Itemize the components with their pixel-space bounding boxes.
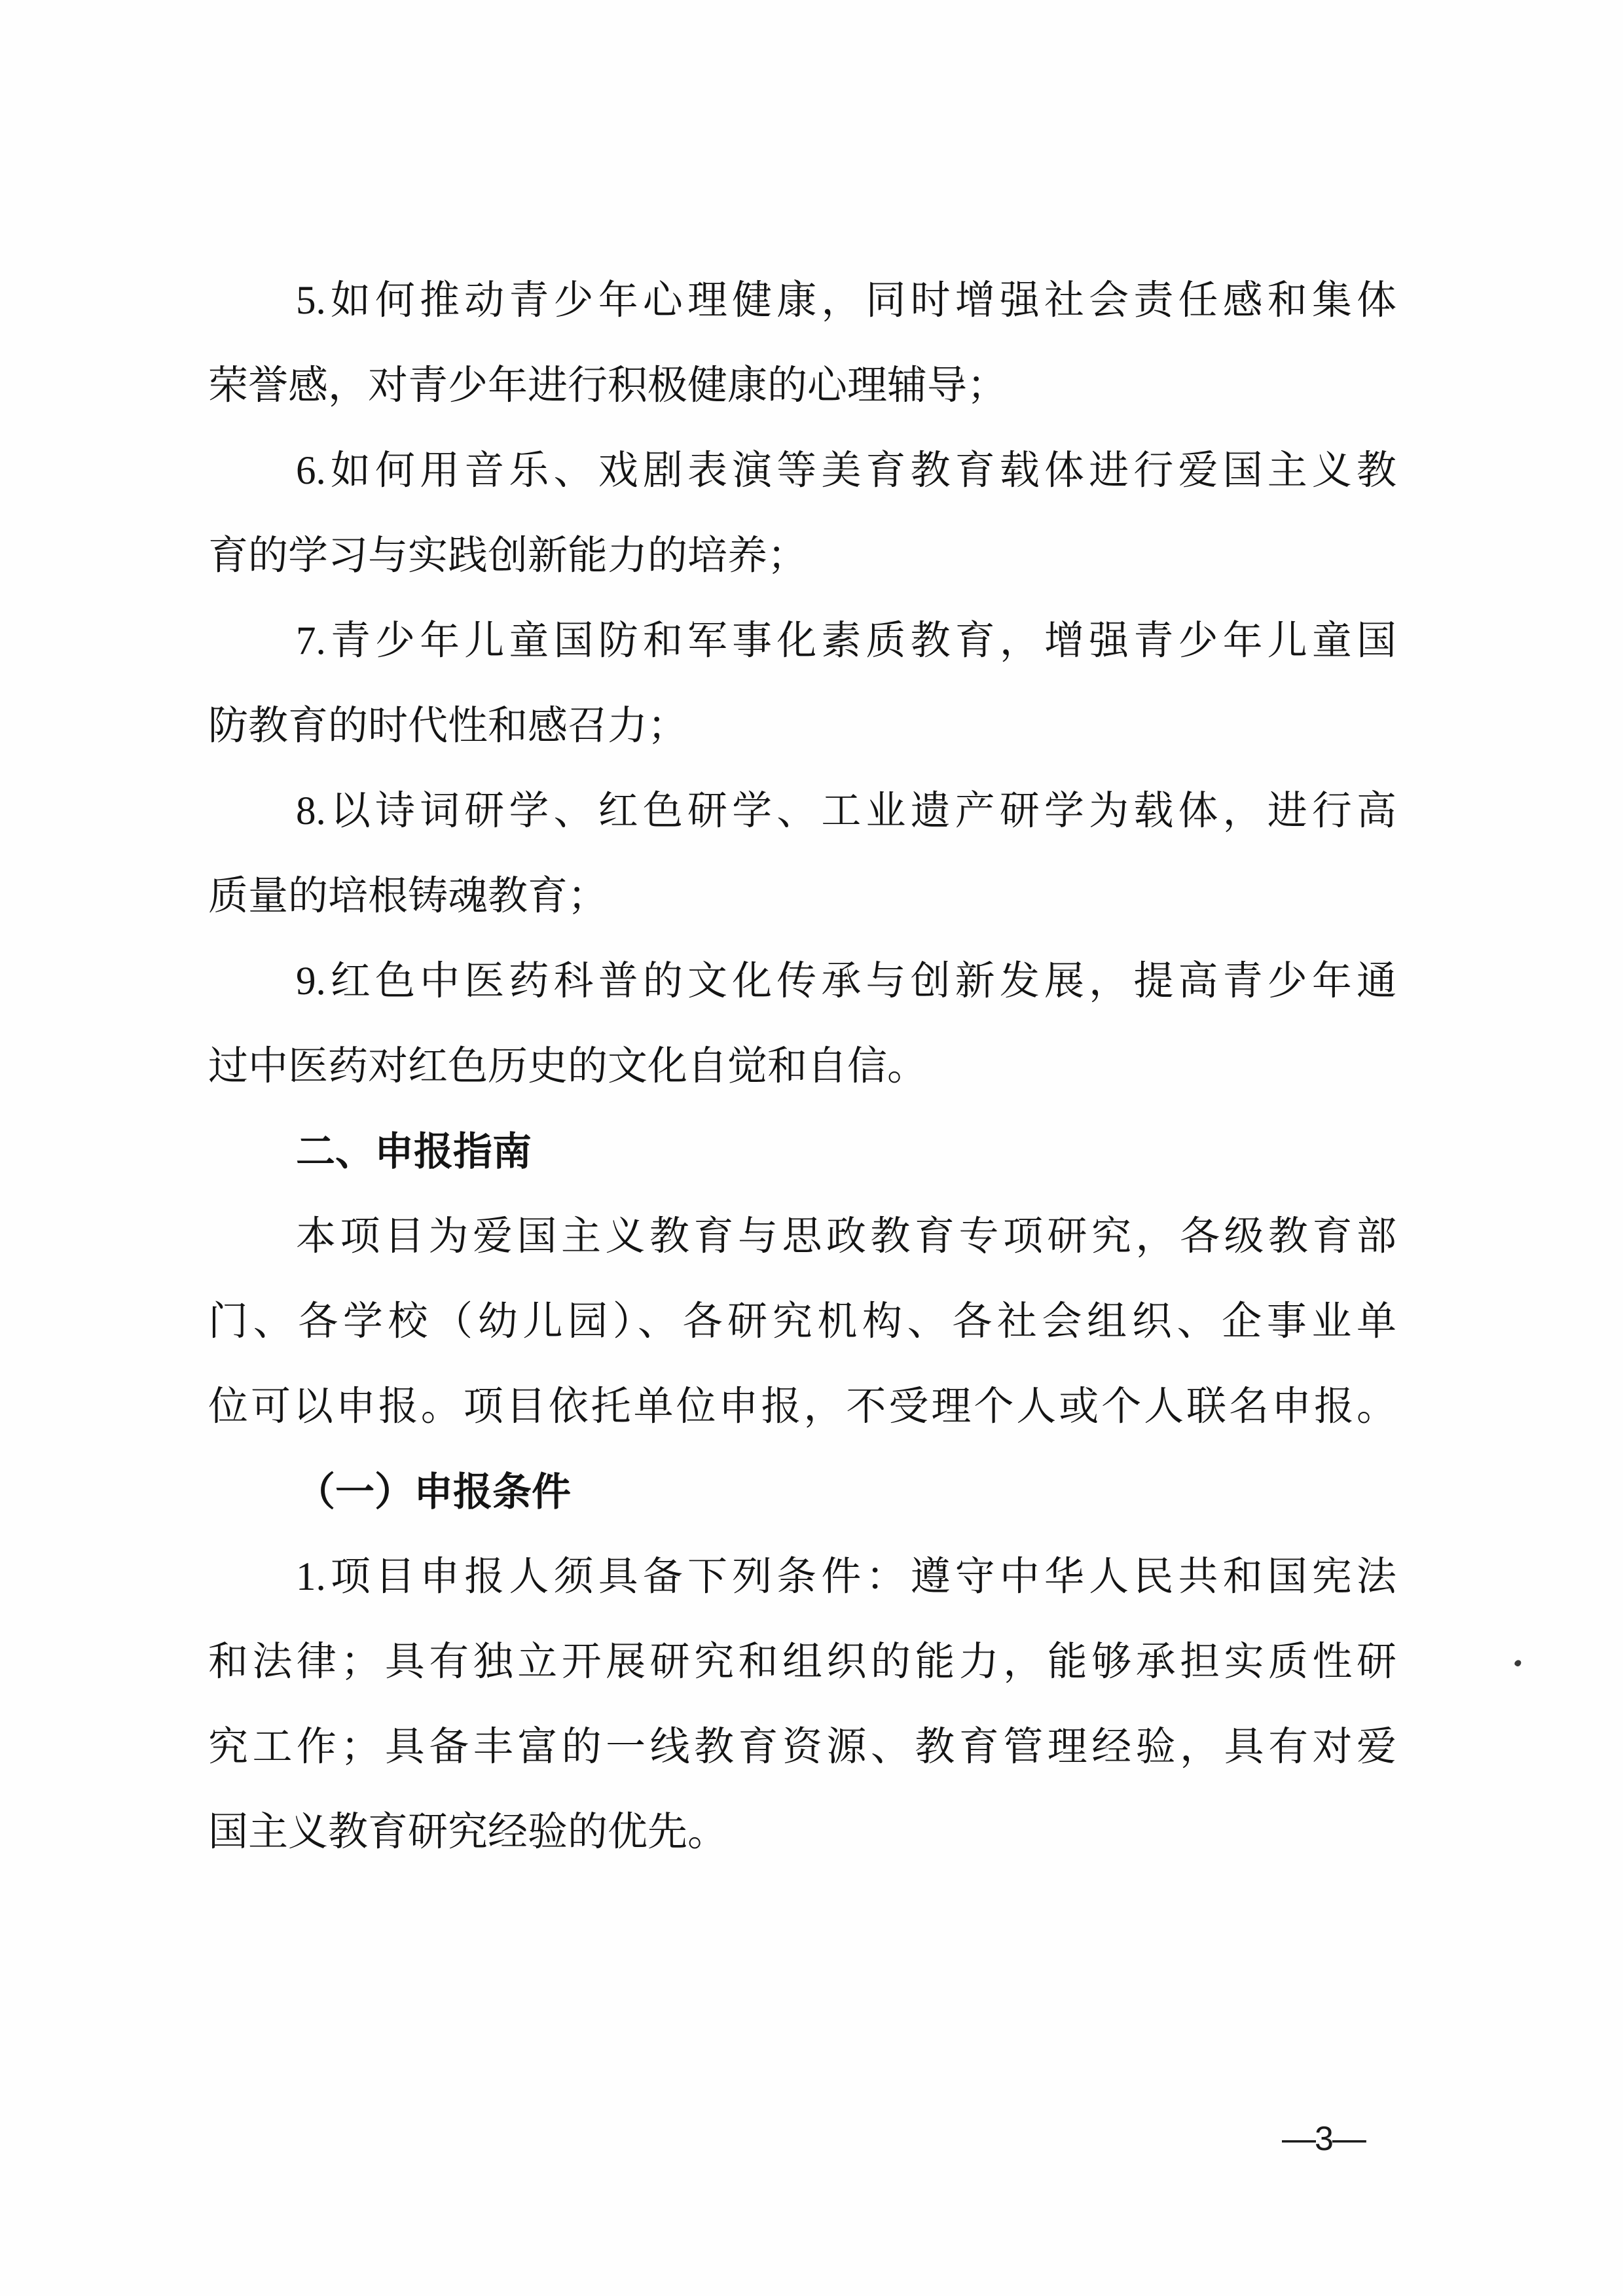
body-line: 9.红色中医药科普的文化传承与创新发展，提高青少年通 [208,939,1396,1024]
body-line: 防教育的时代性和感召力； [208,684,1396,769]
body-line: 过中医药对红色历史的文化自觉和自信。 [208,1024,1396,1109]
body-line: 7.青少年儿童国防和军事化素质教育，增强青少年儿童国 [208,599,1396,684]
section-heading: 二、申报指南 [208,1109,1396,1194]
body-line: 究工作；具备丰富的一线教育资源、教育管理经验，具有对爱 [208,1705,1396,1790]
body-line: 质量的培根铸魂教育； [208,854,1396,939]
body-line: 8.以诗词研学、红色研学、工业遗产研学为载体，进行高 [208,769,1396,854]
body-line: 1.项目申报人须具备下列条件：遵守中华人民共和国宪法 [208,1535,1396,1620]
body-line: 育的学习与实践创新能力的培养； [208,514,1396,599]
body-line: 国主义教育研究经验的优先。 [208,1790,1396,1875]
body-line: 和法律；具有独立开展研究和组织的能力，能够承担实质性研 [208,1620,1396,1705]
document-page: 5.如何推动青少年心理健康，同时增强社会责任感和集体 荣誉感，对青少年进行积极健… [0,0,1623,2296]
body-line: 荣誉感，对青少年进行积极健康的心理辅导； [208,344,1396,429]
scan-artifact-dot [1514,1659,1522,1667]
body-line: 本项目为爱国主义教育与思政教育专项研究，各级教育部 [208,1194,1396,1280]
body-line: 门、各学校（幼儿园）、各研究机构、各社会组织、企事业单 [208,1280,1396,1365]
document-body: 5.如何推动青少年心理健康，同时增强社会责任感和集体 荣誉感，对青少年进行积极健… [208,259,1396,1875]
body-line: 5.如何推动青少年心理健康，同时增强社会责任感和集体 [208,259,1396,344]
body-line: 6.如何用音乐、戏剧表演等美育教育载体进行爱国主义教 [208,429,1396,514]
subsection-heading: （一）申报条件 [208,1450,1396,1535]
body-line: 位可以申报。项目依托单位申报，不受理个人或个人联名申报。 [208,1365,1396,1450]
page-number: —3— [1282,2119,1365,2159]
